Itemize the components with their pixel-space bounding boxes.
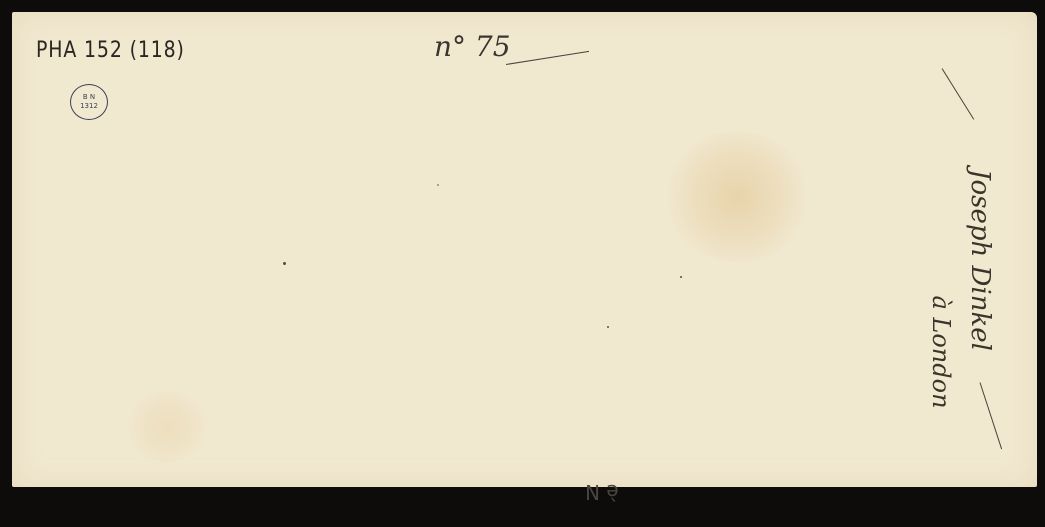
inscription-place: à London xyxy=(927,295,955,408)
foxing-stain-faint xyxy=(122,392,212,462)
speck xyxy=(437,184,439,186)
stamp-text-bottom: 1312 xyxy=(71,102,107,111)
speck xyxy=(283,262,286,265)
inscription-tail-stroke xyxy=(980,382,1003,449)
card-verso: PHA 152 (118) B N 1312 n° 75 Joseph Dink… xyxy=(12,12,1037,487)
item-number-underline xyxy=(506,51,589,65)
bottom-pencil-mark: è N xyxy=(585,480,619,504)
shelfmark-label: PHA 152 (118) xyxy=(36,38,185,63)
stamp-text-top: B N xyxy=(71,93,107,102)
speck xyxy=(607,326,609,328)
item-number: n° 75 xyxy=(434,30,511,63)
foxing-stain xyxy=(662,132,812,262)
library-stamp: B N 1312 xyxy=(70,84,108,120)
inscription-flourish xyxy=(942,68,975,119)
speck xyxy=(680,276,682,278)
inscription-name: Joseph Dinkel xyxy=(965,169,995,351)
